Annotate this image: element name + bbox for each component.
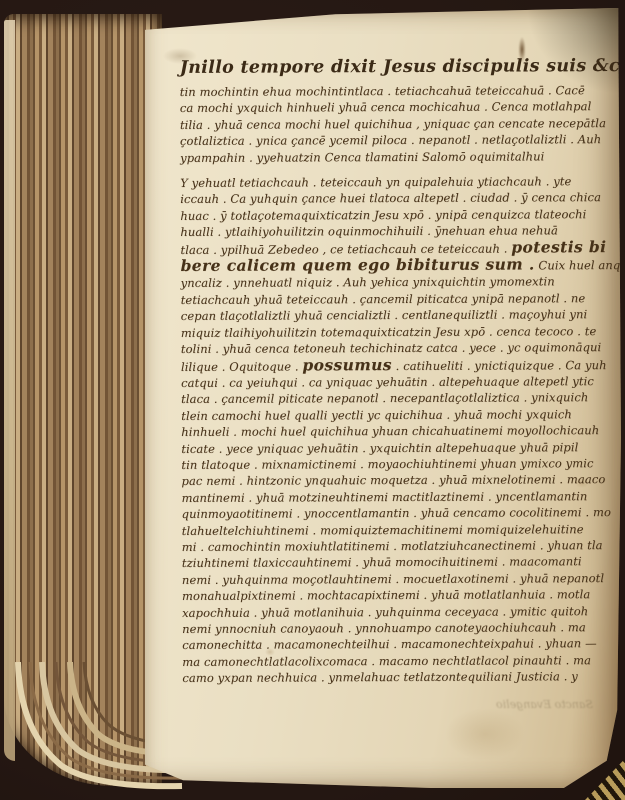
line-text: cepan tlaçotlaliztli yhuā cencializtli .…	[181, 307, 588, 323]
manuscript-line: hinhueli . mochi huel quichihua yhuan ch…	[181, 422, 621, 440]
line-text: Cuix huel anquizque	[535, 258, 625, 273]
line-text: çotlaliztica . ynica çancē ycemil piloca…	[180, 132, 601, 148]
manuscript-line: camo yxpan nechhuica . ynmelahuac tetlat…	[182, 668, 622, 686]
manuscript-line: quinmoyaotitinemi . ynoccentlamantin . y…	[182, 504, 622, 522]
manuscript-line: ca mochi yxquich hinhueli yhuā cenca moc…	[180, 98, 620, 116]
manuscript-line: bere calicem quem ego bibiturus sum . Cu…	[181, 256, 621, 275]
manuscript-line: ticate . yece yniquac yehuātin . yxquich…	[181, 439, 621, 457]
line-text: yncaliz . ynnehuatl niquiz . Auh yehica …	[181, 275, 555, 291]
manuscript-line: Y yehuatl tetiachcauh . teteiccauh yn qu…	[180, 173, 620, 191]
manuscript-photo: Jnillo tempore dixit Jesus discipulis su…	[0, 0, 625, 800]
line-text: mi . camochintin moxiuhtlatitinemi . mot…	[182, 538, 603, 554]
latin-quote-text: bere calicem quem ego bibiturus sum .	[181, 254, 535, 275]
manuscript-line: nemi . yuhquinma moçotlauhtinemi . mocue…	[182, 570, 622, 588]
paragraph-2: Y yehuatl tetiachcauh . teteiccauh yn qu…	[180, 173, 622, 687]
manuscript-line: tin tlatoque . mixnamictinemi . moyaochi…	[181, 455, 621, 473]
line-text: mantinemi . yhuā motzineuhtinemi mactitl…	[182, 489, 588, 505]
manuscript-line: yncaliz . ynnehuatl niquiz . Auh yehica …	[181, 274, 621, 292]
line-text: ma camonechtlatlacolixcomaca . macamo ne…	[182, 653, 591, 669]
line-text: tziuhtinemi tlaxiccauhtinemi . yhuā momo…	[182, 555, 582, 571]
line-text: ca mochi yxquich hinhueli yhuā cenca moc…	[180, 100, 592, 116]
manuscript-line: çotlaliztica . ynica çancē ycemil piloca…	[180, 131, 620, 149]
paragraph-1: tin mochintin ehua mochintintlaca . teti…	[180, 82, 620, 166]
page-stain	[445, 708, 525, 760]
manuscript-line: camonechitta . macamonechteilhui . macam…	[182, 635, 622, 653]
manuscript-line: tziuhtinemi tlaxiccauhtinemi . yhuā momo…	[182, 553, 622, 571]
manuscript-line: lilique . Oquitoque . possumus . catihue…	[181, 356, 621, 375]
manuscript-line: tlahueltelchiuhtinemi . momiquiztemachit…	[182, 521, 622, 539]
manuscript-line: mantinemi . yhuā motzineuhtinemi mactitl…	[182, 488, 622, 506]
latin-quote-text: potestis bi	[511, 237, 606, 256]
line-text: tilia . yhuā cenca mochi huel quichihua …	[180, 116, 606, 132]
line-text: nemi ynnocniuh canoyaouh . ynnohuampo ca…	[182, 620, 586, 636]
line-text: monahualpixtinemi . mochtacapixtinemi . …	[182, 587, 590, 603]
line-text: tin tlatoque . mixnamictinemi . moyaochi…	[181, 456, 593, 472]
line-text: lilique . Oquitoque .	[181, 359, 302, 374]
line-text: hualli . ytlaihiyohuilitzin oquinmochihu…	[180, 224, 558, 240]
book-fore-edge	[4, 14, 162, 786]
line-text: pac nemi . hintzonic ynquahuic moquetza …	[181, 472, 605, 488]
manuscript-line: tin mochintin ehua mochintintlaca . teti…	[180, 82, 620, 100]
line-text: . catihueliti . ynictiquizque . Ca yuh	[392, 358, 607, 373]
line-text: catqui . ca yeiuhqui . ca yniquac yehuāt…	[181, 374, 594, 390]
manuscript-line: pac nemi . hintzonic ynquahuic moquetza …	[181, 471, 621, 489]
line-text: Y yehuatl tetiachcauh . teteiccauh yn qu…	[180, 174, 571, 190]
line-text: ypampahin . yyehuatzin Cenca tlamatini S…	[180, 149, 544, 165]
manuscript-line: tlein camochi huel qualli yectli yc quic…	[181, 406, 621, 424]
line-text: xapochhuia . yhuā motlanihuia . yuhquinm…	[182, 604, 588, 620]
line-text: quinmoyaotitinemi . ynoccentlamantin . y…	[182, 505, 611, 521]
manuscript-line: tetiachcauh yhuā teteiccauh . çancemil p…	[181, 290, 621, 308]
show-through-text: Sancto Evangelio	[403, 698, 593, 711]
manuscript-line: tilia . yhuā cenca mochi huel quichihua …	[180, 115, 620, 133]
line-text: camo yxpan nechhuica . ynmelahuac tetlat…	[182, 669, 578, 685]
manuscript-line: miquiz tlaihiyohuilitzin totemaquixticat…	[181, 323, 621, 341]
line-text: iccauh . Ca yuhquin çance huei tlatoca a…	[180, 191, 601, 207]
line-text: tlein camochi huel qualli yectli yc quic…	[181, 407, 572, 423]
manuscript-line: ma camonechtlatlacolixcomaca . macamo ne…	[182, 652, 622, 670]
manuscript-line: nemi ynnocniuh canoyaouh . ynnohuampo ca…	[182, 619, 622, 637]
heading-latin-text: Jnillo tempore dixit Jesus discipulis su…	[180, 56, 625, 78]
latin-quote-text: possumus	[302, 355, 392, 374]
manuscript-line: iccauh . Ca yuhquin çance huei tlatoca a…	[180, 189, 620, 207]
pericope-heading: Jnillo tempore dixit Jesus discipulis su…	[180, 53, 620, 82]
line-text: tlaca . çancemil piticate nepanotl . nec…	[181, 390, 588, 406]
manuscript-line: monahualpixtinemi . mochtacapixtinemi . …	[182, 586, 622, 604]
line-text: miquiz tlaihiyohuilitzin totemaquixticat…	[181, 324, 597, 340]
text-block: Jnillo tempore dixit Jesus discipulis su…	[180, 53, 623, 687]
manuscript-line: catqui . ca yeiuhqui . ca yniquac yehuāt…	[181, 373, 621, 391]
manuscript-line: huac . ȳ totlaçotemaquixticatzin Jesu xp…	[180, 206, 620, 224]
line-text: hinhueli . mochi huel quichihua yhuan ch…	[181, 423, 599, 439]
line-text: tetiachcauh yhuā teteiccauh . çancemil p…	[181, 291, 586, 307]
line-text: ticate . yece yniquac yehuātin . yxquich…	[181, 440, 578, 456]
manuscript-page: Jnillo tempore dixit Jesus discipulis su…	[145, 8, 621, 788]
line-text: camonechitta . macamonechteilhui . macam…	[182, 637, 597, 653]
manuscript-line: xapochhuia . yhuā motlanihuia . yuhquinm…	[182, 603, 622, 621]
manuscript-line: cepan tlaçotlaliztli yhuā cencializtli .…	[181, 306, 621, 324]
manuscript-line: tlaca . çancemil piticate nepanotl . nec…	[181, 389, 621, 407]
manuscript-line: ypampahin . yyehuatzin Cenca tlamatini S…	[180, 148, 620, 166]
line-text: tlahueltelchiuhtinemi . momiquiztemachit…	[182, 522, 584, 538]
line-text: huac . ȳ totlaçotemaquixticatzin Jesu xp…	[180, 207, 586, 223]
manuscript-line: tolini . yhuā cenca tetoneuh techichinat…	[181, 339, 621, 357]
manuscript-line: mi . camochintin moxiuhtlatitinemi . mot…	[182, 537, 622, 555]
line-text: nemi . yuhquinma moçotlauhtinemi . mocue…	[182, 571, 604, 587]
line-text: tin mochintin ehua mochintintlaca . teti…	[180, 83, 585, 99]
